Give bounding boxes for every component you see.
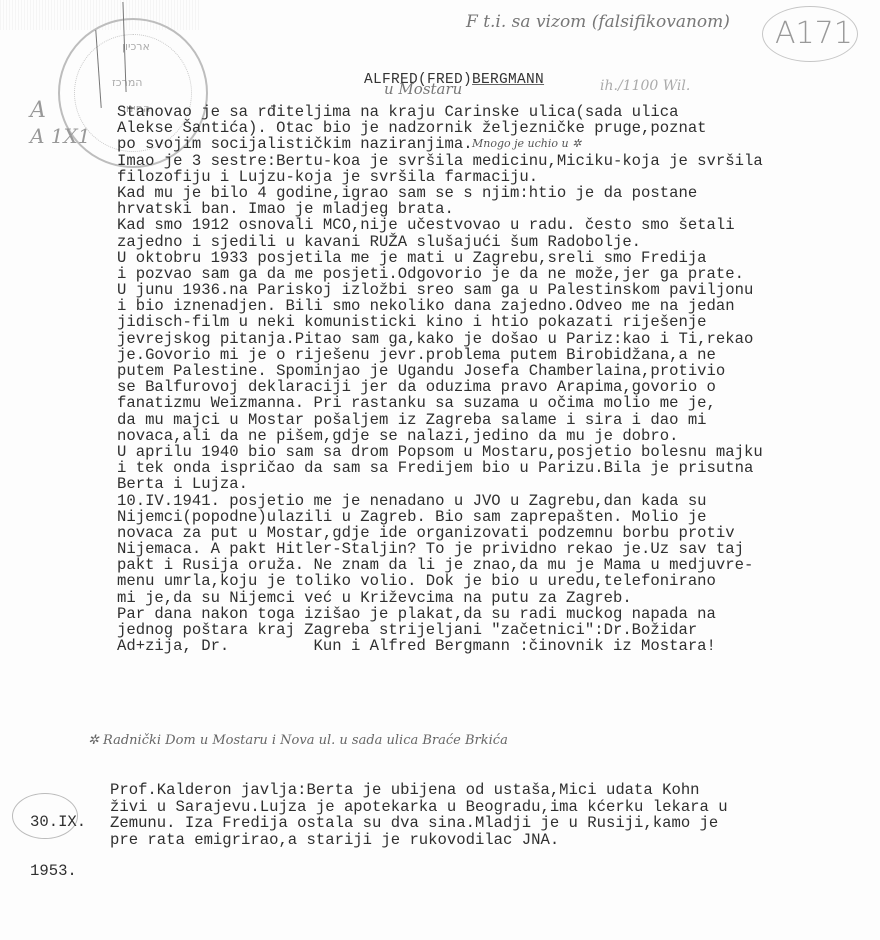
kalderon-line: Zemunu. Iza Fredija ostala su dva sina.M… xyxy=(110,815,728,832)
kalderon-line: Prof.Kalderon javlja:Berta je ubijena od… xyxy=(110,782,728,799)
body-line: Par dana nakon toga izišao je plakat,da … xyxy=(117,606,763,622)
body-line: filozofiju i Lujzu-koja je svršila farma… xyxy=(117,169,763,185)
margin-mark-a: A xyxy=(30,98,46,123)
date-stamp: 30.IX. 1953. xyxy=(30,782,86,912)
kalderon-paragraph: Prof.Kalderon javlja:Berta je ubijena od… xyxy=(110,782,728,848)
body-line: pakt i Rusija oruža. Ne znam da li je zn… xyxy=(117,557,763,573)
body-line: fanatizmu Weizmanna. Pri rastanku sa suz… xyxy=(117,395,763,411)
body-line: Imao je 3 sestre:Bertu-koa je svršila me… xyxy=(117,153,763,169)
date-day-month: 30.IX. xyxy=(30,814,86,830)
kalderon-line: živi u Sarajevu.Lujza je apotekarka u Be… xyxy=(110,799,728,816)
body-line: hrvatski ban. Imao je mladjeg brata. xyxy=(117,201,763,217)
body-line: putem Palestine. Spominjao je Ugandu Jos… xyxy=(117,363,763,379)
body-line: i bio iznenadjen. Bili smo nekoliko dana… xyxy=(117,298,763,314)
body-line: menu umrla,koju je toliko volio. Dok je … xyxy=(117,573,763,589)
body-line: Kad mu je bilo 4 godine,igrao sam se s n… xyxy=(117,185,763,201)
body-line: i tek onda ispričao da sam sa Fredijem b… xyxy=(117,460,763,476)
body-line: Nijemci(popodne)ulazili u Zagreb. Bio sa… xyxy=(117,509,763,525)
title-surname: BERGMANN xyxy=(472,72,544,88)
stamp-text-top: ארכיון xyxy=(122,40,150,53)
body-line: Kad smo 1912 osnovali MCO,nije učestvova… xyxy=(117,217,763,233)
handwritten-footnote: ✲ Radnički Dom u Mostaru i Nova ul. u sa… xyxy=(88,733,508,748)
handwritten-location: u Mostaru xyxy=(384,80,462,98)
body-line: novaca za put u Mostar,gdje ide organizo… xyxy=(117,525,763,541)
body-line: po svojim socijalističkim naziranjima. xyxy=(117,136,763,152)
document-body: Stanovao je sa rđiteljima na kraju Carin… xyxy=(117,104,763,654)
handwritten-top-note: F t.i. sa vizom (falsifikovanom) xyxy=(466,12,730,32)
body-line: U oktobru 1933 posjetila me je mati u Za… xyxy=(117,250,763,266)
stamp-text-middle: המרכז xyxy=(112,76,143,89)
archive-id: A171 xyxy=(775,16,853,51)
body-line: Nijemaca. A pakt Hitler-Staljin? To je p… xyxy=(117,541,763,557)
body-line: zajedno i sjedili u kavani RUŽA slušajuć… xyxy=(117,234,763,250)
body-line: U junu 1936.na Pariskoj izložbi sreo sam… xyxy=(117,282,763,298)
body-line: se Balfurovoj deklaraciji jer da oduzima… xyxy=(117,379,763,395)
body-line: je.Govorio mi je o riješenu jevr.problem… xyxy=(117,347,763,363)
body-line: jidisch-film u neki komunisticki kino i … xyxy=(117,314,763,330)
body-line: 10.IV.1941. posjetio me je nenadano u JV… xyxy=(117,493,763,509)
document-page: ארכיון המרכז החינוך A A 1X1 F t.i. sa vi… xyxy=(0,0,880,940)
handwritten-top-right: ih./1100 Wil. xyxy=(600,78,690,94)
body-line: novaca,ali da ne pišem,gdje se nalazi,je… xyxy=(117,428,763,444)
kalderon-line: pre rata emigrirao,a stariji je rukovodi… xyxy=(110,832,728,849)
body-line: Stanovao je sa rđiteljima na kraju Carin… xyxy=(117,104,763,120)
body-line: U aprilu 1940 bio sam sa drom Popsom u M… xyxy=(117,444,763,460)
body-line: Alekse Šantića). Otac bio je nadzornik ž… xyxy=(117,120,763,136)
body-line: i pozvao sam ga da me posjeti.Odgovorio … xyxy=(117,266,763,282)
body-line: da mu majci u Mostar pošaljem iz Zagreba… xyxy=(117,412,763,428)
body-line: Berta i Lujza. xyxy=(117,476,763,492)
date-year: 1953. xyxy=(30,863,86,879)
margin-mark-a-1x1: A 1X1 xyxy=(30,124,91,148)
body-line: jevrejskog pitanja.Pitao sam ga,kako je … xyxy=(117,331,763,347)
body-line: jednog poštara kraj Zagreba strijeljani … xyxy=(117,622,763,638)
body-line: Ad+zija, Dr. Kun i Alfred Bergmann :čino… xyxy=(117,638,763,654)
body-line: mi je,da su Nijemci već u Križevcima na … xyxy=(117,590,763,606)
